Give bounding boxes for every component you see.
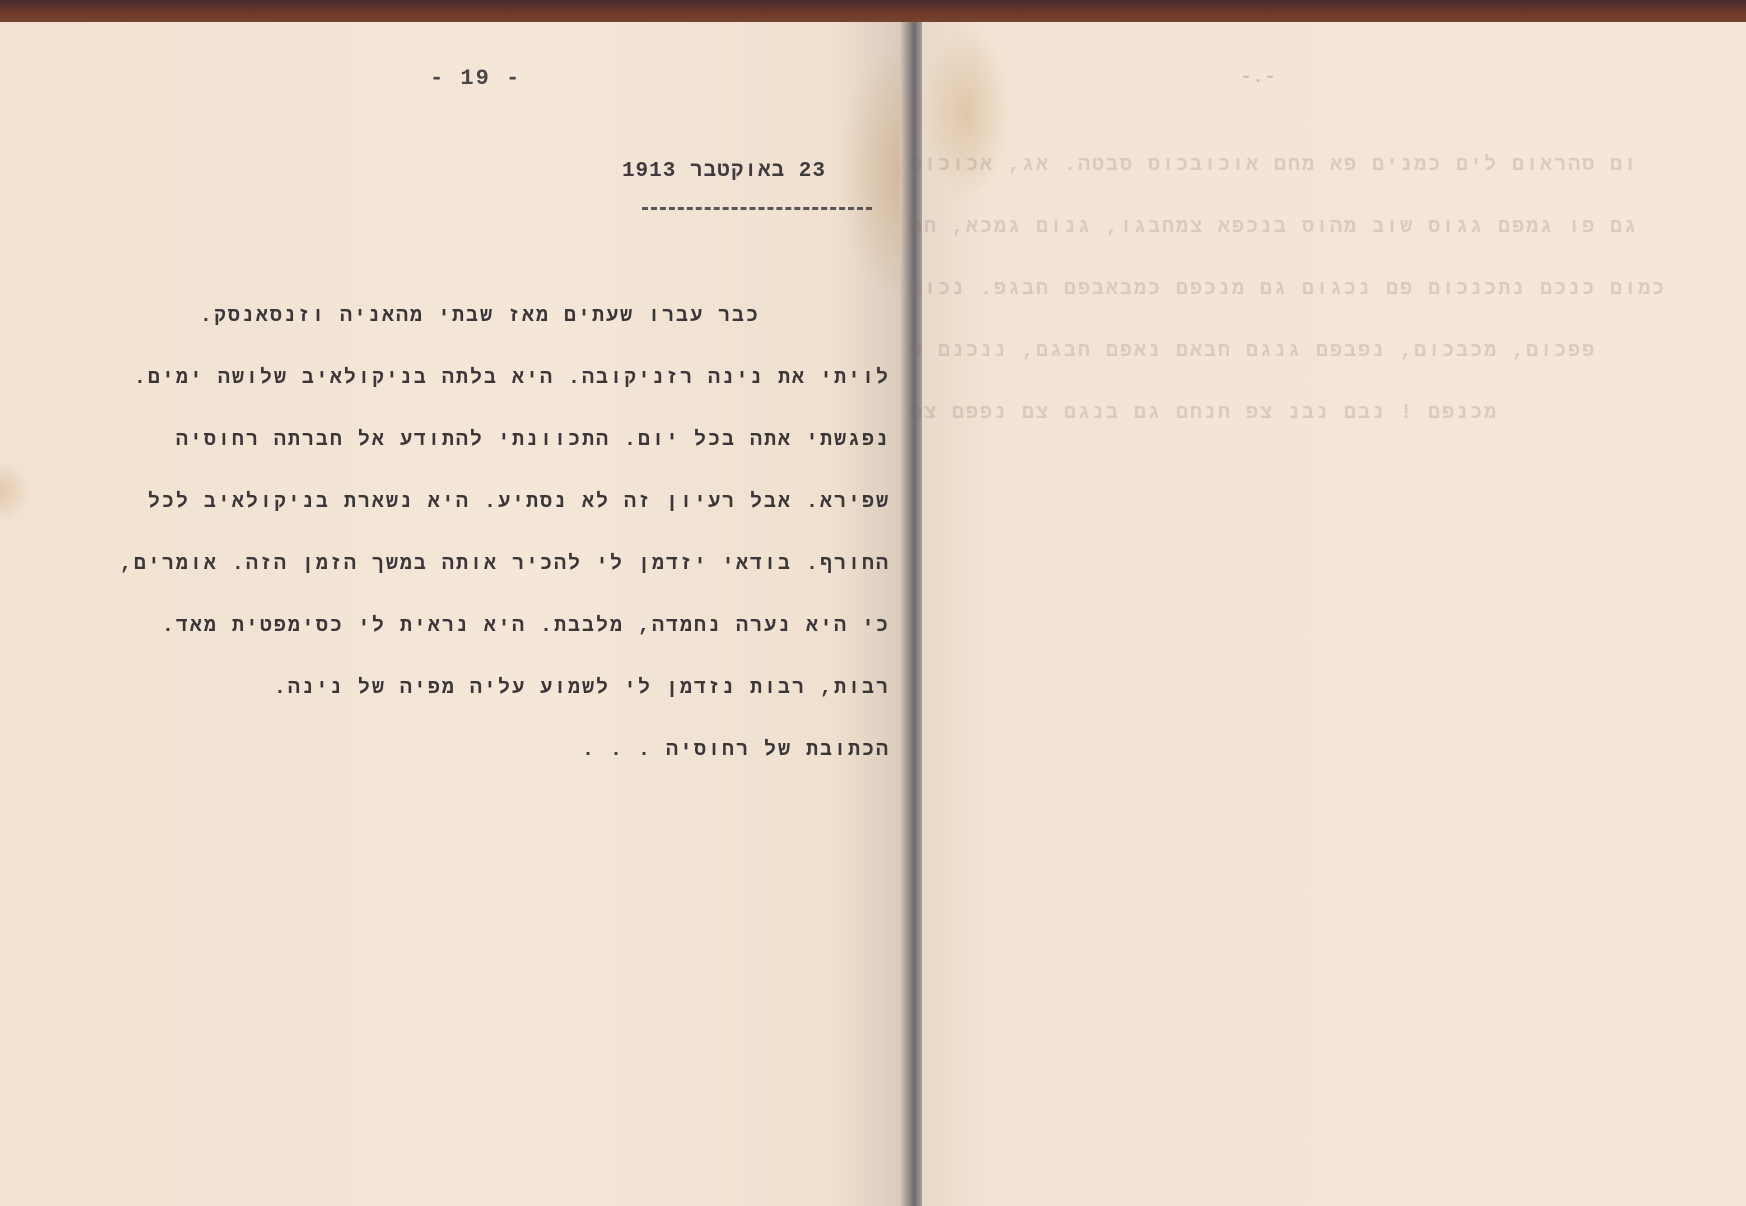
text-line: כי היא נערה נחמדה, מלבבת. היא נראית לי כ… [0,596,890,658]
bleed-line: גם פו גמפם גגוס שוב מהוס בנכפא צמחבגו, ג… [910,197,1746,259]
text-line: נפגשתי אתה בכל יום. התכוונתי להתודע אל ח… [0,410,890,472]
bleed-line: פפכום, מכבכום, נפבפם גנגם חבאם נאפם חבגם… [910,321,1746,383]
bleed-line: ום סהראום לים כמנים פא מחם אוכובכוס סבטה… [910,135,1746,197]
book-cover-edge [0,0,1746,24]
bleed-line: מכנפם ! נבם נבנ צפ חנחם גם בנגם צם נפפם … [910,383,1746,445]
heading-underline [642,207,872,210]
text-line: החורף. בודאי יזדמן לי להכיר אותה במשך הז… [0,534,890,596]
page-number: - 19 - [430,66,521,91]
bleed-line: כמום כנכם נתכנכום פם נכגום גם מנכפם כמבא… [910,259,1746,321]
date-heading: 23 באוקטבר 1913 [622,160,826,183]
text-line: רבות, רבות נזדמן לי לשמוע עליה מפיה של נ… [0,658,890,720]
bleed-through-text: ום סהראום לים כמנים פא מחם אוכובכוס סבטה… [910,135,1746,445]
text-line: כבר עברו שעתים מאז שבתי מהאניה וזנסאנסק. [0,286,890,348]
text-line: לויתי את נינה רזניקובה. היא בלתה בניקולא… [0,348,890,410]
text-line: הכתובת של רחוסיה . . . [0,720,890,782]
right-page-number: -.- [1240,66,1276,89]
text-line: שפירא. אבל רעיון זה לא נסתיע. היא נשארת … [0,472,890,534]
diary-entry-body: כבר עברו שעתים מאז שבתי מהאניה וזנסאנסק.… [0,286,890,782]
